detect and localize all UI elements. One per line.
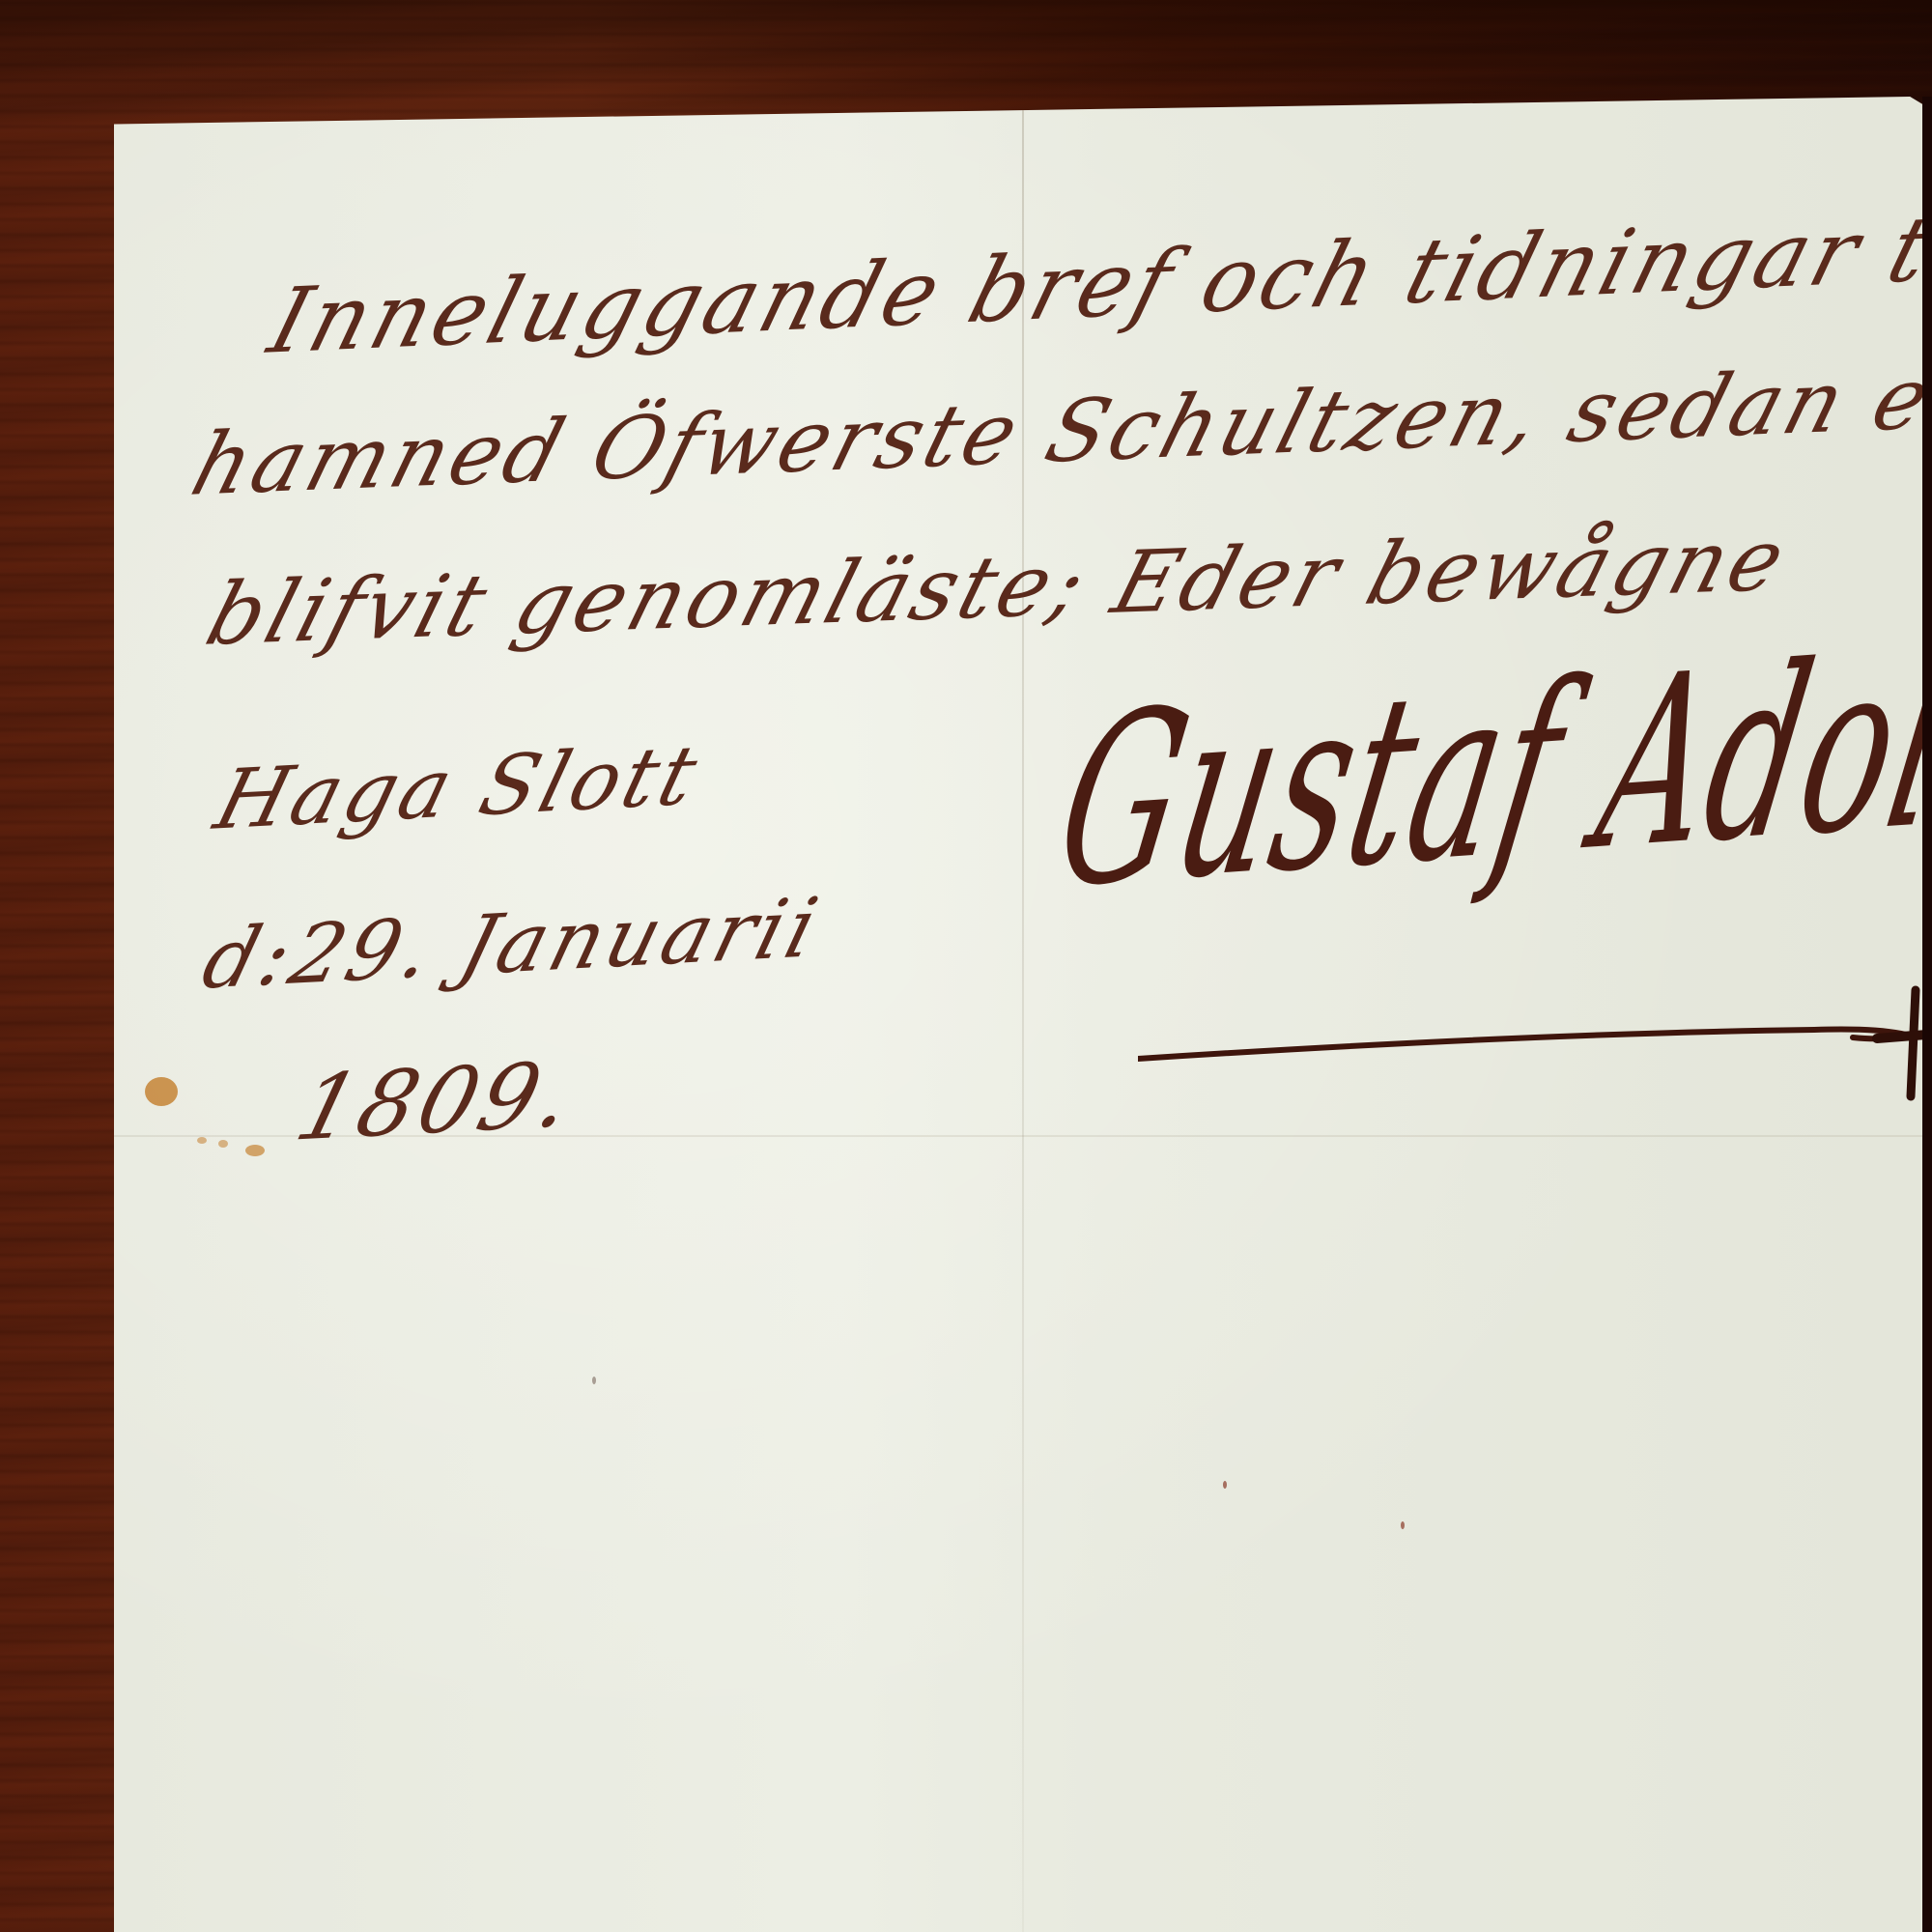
signature-underline-flourish — [1138, 1024, 1911, 1063]
paper-speck — [1223, 1481, 1227, 1489]
ink-stain-small — [245, 1145, 265, 1156]
ink-stain-small — [197, 1137, 207, 1144]
paper-speck — [1401, 1521, 1405, 1529]
ink-stain-small — [218, 1140, 228, 1148]
letter-place: Haga Slott — [206, 726, 710, 848]
paper-right-shadow-edge — [1922, 97, 1932, 1932]
letter-year: 1809. — [286, 1041, 587, 1161]
ink-stain-large — [145, 1077, 178, 1106]
royal-signature: Gustaf Adolph — [1041, 593, 1932, 941]
letter-body-line-1: Innelиggande bref och tidningar tillhand… — [259, 178, 1932, 374]
letter-date: d:29. Januarii — [193, 879, 831, 1008]
vertical-fold-crease — [1022, 97, 1024, 1932]
letter-paper-sheet: Innelиggande bref och tidningar tillhand… — [114, 97, 1928, 1932]
paper-speck — [592, 1377, 596, 1384]
